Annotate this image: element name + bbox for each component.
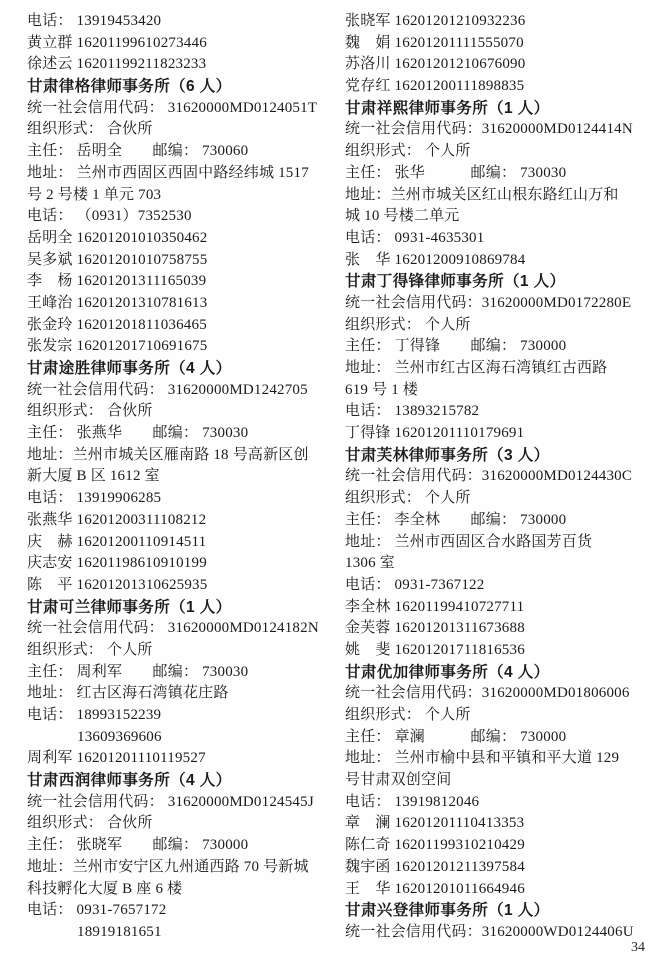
text-line: 电话： 18993152239 — [27, 705, 345, 727]
text-line: 庆 赫 16201200110914511 — [27, 532, 345, 554]
firm-header: 甘肃兴登律师事务所（1 人） — [345, 900, 661, 922]
text-line: 组织形式： 合伙所 — [27, 401, 345, 423]
firm-header: 甘肃可兰律师事务所（1 人） — [27, 597, 345, 619]
text-line: 组织形式： 合伙所 — [27, 119, 345, 141]
text-line: 号 2 号楼 1 单元 703 — [27, 185, 345, 207]
text-line: 电话： 0931-4635301 — [345, 228, 661, 250]
text-line: 电话： 13893215782 — [345, 401, 661, 423]
firm-header: 甘肃芙林律师事务所（3 人） — [345, 445, 661, 467]
text-line: 张晓军 16201201210932236 — [345, 11, 661, 33]
text-line: 1306 室 — [345, 553, 661, 575]
text-line: 统一社会信用代码： 31620000MD1242705 — [27, 380, 345, 402]
text-line: 主任： 周利军 邮编： 730030 — [27, 662, 345, 684]
text-line: 统一社会信用代码： 31620000MD0124182N — [27, 618, 345, 640]
document-page: 电话： 13919453420黄立群 16201199610273446徐述云 … — [0, 0, 671, 969]
text-line: 组织形式： 个人所 — [345, 488, 661, 510]
text-line: 姚 斐 16201201711816536 — [345, 640, 661, 662]
firm-header: 甘肃律格律师事务所（6 人） — [27, 76, 345, 98]
text-line: 电话： 13919906285 — [27, 488, 345, 510]
text-line: 地址：兰州市城关区红山根东路红山万和 — [345, 185, 661, 207]
text-line: 主任： 岳明全 邮编： 730060 — [27, 141, 345, 163]
text-line: 科技孵化大厦 B 座 6 楼 — [27, 879, 345, 901]
text-line: 组织形式： 合伙所 — [27, 813, 345, 835]
right-column: 张晓军 16201201210932236魏 娟 162012011115550… — [345, 11, 661, 944]
text-line: 地址： 兰州市榆中县和平镇和平大道 129 — [345, 748, 661, 770]
text-line: 魏 娟 16201201111555070 — [345, 33, 661, 55]
text-line: 电话： 13919453420 — [27, 11, 345, 33]
text-line: 地址： 红古区海石湾镇花庄路 — [27, 683, 345, 705]
left-column: 电话： 13919453420黄立群 16201199610273446徐述云 … — [27, 11, 345, 944]
text-line: 吴多斌 16201201010758755 — [27, 250, 345, 272]
text-line: 组织形式： 个人所 — [345, 705, 661, 727]
text-line: 陈仁奇 16201199310210429 — [345, 835, 661, 857]
text-line: 主任： 丁得锋 邮编： 730000 — [345, 336, 661, 358]
text-line: 魏宇函 16201201211397584 — [345, 857, 661, 879]
text-line: 岳明全 16201201010350462 — [27, 228, 345, 250]
text-line: 地址： 兰州市红古区海石湾镇红古西路 — [345, 358, 661, 380]
text-line: 张 华 16201200910869784 — [345, 250, 661, 272]
text-line: 徐述云 16201199211823233 — [27, 54, 345, 76]
text-line: 619 号 1 楼 — [345, 380, 661, 402]
text-line: 党存红 16201200111898835 — [345, 76, 661, 98]
text-line: 13609369606 — [27, 727, 345, 749]
text-line: 主任： 张华 邮编： 730030 — [345, 163, 661, 185]
text-line: 18919181651 — [27, 922, 345, 944]
text-line: 王峰治 16201201310781613 — [27, 293, 345, 315]
firm-header: 甘肃丁得锋律师事务所（1 人） — [345, 271, 661, 293]
text-line: 电话： （0931）7352530 — [27, 206, 345, 228]
text-line: 李全林 16201199410727711 — [345, 597, 661, 619]
firm-header: 甘肃优加律师事务所（4 人） — [345, 662, 661, 684]
firm-header: 甘肃途胜律师事务所（4 人） — [27, 358, 345, 380]
text-line: 主任： 张晓军 邮编： 730000 — [27, 835, 345, 857]
text-line: 电话： 13919812046 — [345, 792, 661, 814]
text-line: 地址： 兰州市西固区西固中路经纬城 1517 — [27, 163, 345, 185]
text-line: 统一社会信用代码：31620000MD0124414N — [345, 119, 661, 141]
text-line: 周利军 16201201110119527 — [27, 748, 345, 770]
text-line: 章 澜 16201201110413353 — [345, 813, 661, 835]
text-line: 统一社会信用代码： 31620000MD0124051T — [27, 98, 345, 120]
text-line: 号甘肃双创空间 — [345, 770, 661, 792]
text-line: 组织形式： 个人所 — [345, 315, 661, 337]
text-line: 庆志安 16201198610910199 — [27, 553, 345, 575]
text-line: 张燕华 16201200311108212 — [27, 510, 345, 532]
text-line: 主任： 李全林 邮编： 730000 — [345, 510, 661, 532]
two-column-layout: 电话： 13919453420黄立群 16201199610273446徐述云 … — [27, 11, 671, 944]
text-line: 金芙蓉 16201201311673688 — [345, 618, 661, 640]
text-line: 主任： 张燕华 邮编： 730030 — [27, 423, 345, 445]
page-number: 34 — [631, 940, 645, 956]
text-line: 组织形式： 个人所 — [345, 141, 661, 163]
text-line: 统一社会信用代码：31620000MD0172280E — [345, 293, 661, 315]
text-line: 电话： 0931-7367122 — [345, 575, 661, 597]
text-line: 地址：兰州市安宁区九州通西路 70 号新城 — [27, 857, 345, 879]
text-line: 组织形式： 个人所 — [27, 640, 345, 662]
text-line: 主任： 章澜 邮编： 730000 — [345, 727, 661, 749]
text-line: 王 华 16201201011664946 — [345, 879, 661, 901]
text-line: 黄立群 16201199610273446 — [27, 33, 345, 55]
text-line: 丁得锋 16201201110179691 — [345, 423, 661, 445]
text-line: 李 杨 16201201311165039 — [27, 271, 345, 293]
text-line: 张金玲 16201201811036465 — [27, 315, 345, 337]
text-line: 陈 平 16201201310625935 — [27, 575, 345, 597]
text-line: 统一社会信用代码： 31620000MD0124545J — [27, 792, 345, 814]
text-line: 张发宗 16201201710691675 — [27, 336, 345, 358]
text-line: 城 10 号楼二单元 — [345, 206, 661, 228]
text-line: 地址： 兰州市西固区合水路国芳百货 — [345, 532, 661, 554]
text-line: 新大厦 B 区 1612 室 — [27, 466, 345, 488]
text-line: 统一社会信用代码：31620000WD0124406U — [345, 922, 661, 944]
firm-header: 甘肃西润律师事务所（4 人） — [27, 770, 345, 792]
text-line: 统一社会信用代码：31620000MD0124430C — [345, 466, 661, 488]
text-line: 电话： 0931-7657172 — [27, 900, 345, 922]
text-line: 地址：兰州市城关区雁南路 18 号高新区创 — [27, 445, 345, 467]
text-line: 统一社会信用代码：31620000MD01806006 — [345, 683, 661, 705]
text-line: 苏洛川 16201201210676090 — [345, 54, 661, 76]
firm-header: 甘肃祥熙律师事务所（1 人） — [345, 98, 661, 120]
